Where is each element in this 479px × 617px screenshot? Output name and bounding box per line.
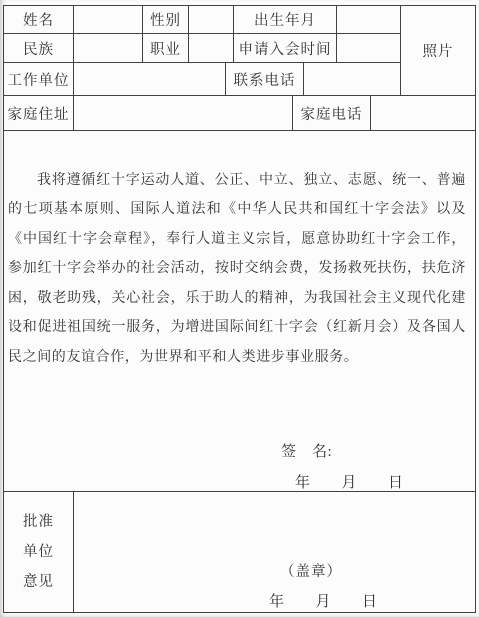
- birth-date-value-cell[interactable]: [337, 6, 401, 34]
- approval-label-line2: 单位: [23, 544, 54, 560]
- pledge-section-cell: 我将遵循红十字运动人道、公正、中立、独立、志愿、统一、普遍的七项基本原则、国际人…: [4, 131, 476, 492]
- contact-phone-value-cell[interactable]: [304, 63, 401, 96]
- row-address-homephone: 家庭住址 家庭电话: [4, 96, 476, 131]
- join-time-label: 申请入会时间: [234, 34, 337, 63]
- work-unit-value-cell[interactable]: [74, 63, 226, 96]
- occupation-value-cell[interactable]: [189, 34, 234, 63]
- contact-phone-label: 联系电话: [226, 63, 304, 96]
- approval-label-line3: 意见: [23, 574, 54, 590]
- occupation-label: 职业: [143, 34, 189, 63]
- birth-date-label: 出生年月: [234, 6, 337, 34]
- ethnicity-label: 民族: [4, 34, 74, 63]
- gender-value-cell[interactable]: [189, 6, 234, 34]
- home-address-value-cell[interactable]: [74, 96, 293, 131]
- signature-date-line: 年 月 日: [295, 475, 404, 491]
- pledge-text: 我将遵循红十字运动人道、公正、中立、独立、志愿、统一、普遍的七项基本原则、国际人…: [4, 132, 474, 373]
- join-time-value-cell[interactable]: [337, 34, 401, 63]
- row-approval: 批准 单位 意见 （盖章） 年 月 日: [4, 492, 476, 613]
- approval-opinion-cell[interactable]: （盖章） 年 月 日: [74, 492, 476, 613]
- approval-label-line1: 批准: [23, 514, 54, 530]
- approval-unit-label-cell: 批准 单位 意见: [4, 492, 74, 613]
- form-sheet: 姓名 性别 出生年月 照片 民族 职业 申请入会时间 工作单位 联系电话 家庭住…: [0, 0, 479, 617]
- name-label: 姓名: [4, 6, 74, 34]
- home-phone-value-cell[interactable]: [371, 96, 476, 131]
- ethnicity-value-cell[interactable]: [74, 34, 143, 63]
- pledge-box: 我将遵循红十字运动人道、公正、中立、独立、志愿、统一、普遍的七项基本原则、国际人…: [4, 132, 474, 491]
- row-name-gender-birth: 姓名 性别 出生年月 照片: [4, 6, 476, 34]
- signature-label: 签 名:: [281, 444, 332, 460]
- home-address-label: 家庭住址: [4, 96, 74, 131]
- gender-label: 性别: [143, 6, 189, 34]
- approval-date-line: 年 月 日: [269, 594, 378, 610]
- approval-unit-label: 批准 单位 意见: [4, 493, 73, 612]
- row-pledge: 我将遵循红十字运动人道、公正、中立、独立、志愿、统一、普遍的七项基本原则、国际人…: [4, 131, 476, 492]
- name-value-cell[interactable]: [74, 6, 143, 34]
- seal-placeholder: （盖章）: [280, 564, 342, 580]
- work-unit-label: 工作单位: [4, 63, 74, 96]
- photo-placeholder-cell: 照片: [401, 6, 476, 96]
- approval-box: （盖章） 年 月 日: [74, 493, 474, 612]
- application-form-table: 姓名 性别 出生年月 照片 民族 职业 申请入会时间 工作单位 联系电话 家庭住…: [3, 5, 476, 613]
- home-phone-label: 家庭电话: [293, 96, 371, 131]
